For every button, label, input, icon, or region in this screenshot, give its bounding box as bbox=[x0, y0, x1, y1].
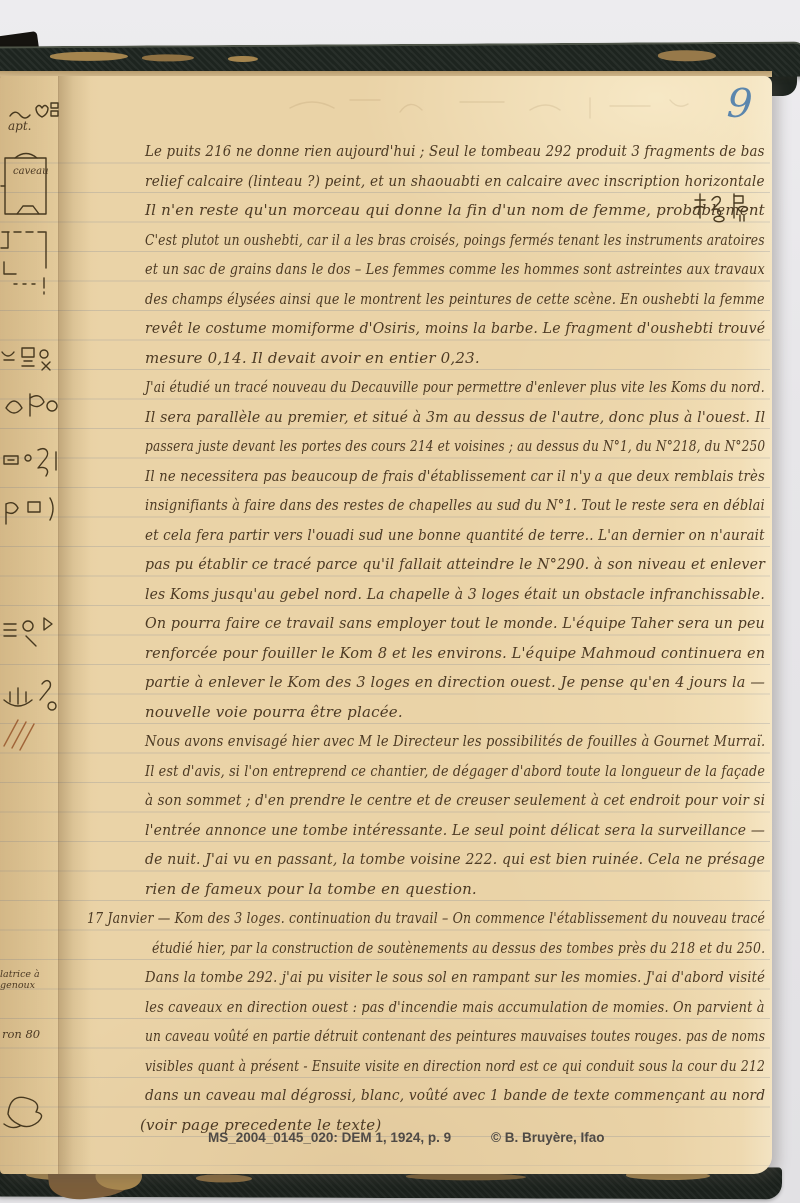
cover-wear-spot bbox=[196, 1174, 252, 1182]
hatching-marks bbox=[2, 716, 40, 752]
manuscript-line: rien de fameux pour la tombe en question… bbox=[145, 879, 477, 899]
hieroglyph-column-a bbox=[0, 346, 60, 426]
manuscript-line: C'est plutot un oushebti, car il a les b… bbox=[145, 230, 765, 250]
manuscript-line: les Koms jusqu'au gebel nord. La chapell… bbox=[145, 584, 765, 604]
cover-wear-spot bbox=[658, 50, 716, 61]
scanner-background: 9 apt. caveau bbox=[0, 0, 800, 1203]
manuscript-line: On pourra faire ce travail sans employer… bbox=[145, 613, 765, 633]
margin-note-kneeling-figure: latrice à genoux bbox=[0, 969, 60, 991]
hieroglyph-column-c bbox=[0, 614, 60, 724]
manuscript-line: des champs élysées ainsi que le montrent… bbox=[145, 289, 765, 309]
manuscript-line: Il est d'avis, si l'on entreprend ce cha… bbox=[145, 761, 765, 781]
manuscript-line: et cela fera partir vers l'ouadi sud une… bbox=[145, 525, 765, 545]
cover-wear-spot bbox=[406, 1173, 526, 1180]
small-object-sketch bbox=[0, 1080, 48, 1130]
manuscript-line: les caveaux en direction ouest : pas d'i… bbox=[145, 997, 765, 1017]
manuscript-line: étudié hier, par la construction de sout… bbox=[152, 938, 765, 958]
margin-note-measure: ron 80 bbox=[2, 1028, 40, 1040]
manuscript-line: 17 Janvier — Kom des 3 loges. continuati… bbox=[87, 908, 765, 928]
manuscript-line: et un sac de grains dans le dos – Les fe… bbox=[145, 259, 765, 279]
manuscript-line: nouvelle voie pourra être placée. bbox=[145, 702, 403, 722]
manuscript-line: l'entrée annonce une tombe intéressante.… bbox=[145, 820, 765, 840]
manuscript-line: J'ai étudié un tracé nouveau du Decauvil… bbox=[145, 377, 765, 397]
manuscript-line: visibles quant à présent - Ensuite visit… bbox=[145, 1056, 765, 1076]
cover-wear-spot bbox=[228, 56, 258, 62]
manuscript-line: renforcée pour fouiller le Kom 8 et les … bbox=[145, 643, 765, 663]
manuscript-line: Nous avons envisagé hier avec M le Direc… bbox=[145, 731, 765, 751]
manuscript-line: à son sommet ; d'en prendre le centre et… bbox=[145, 790, 765, 810]
manuscript-line: revêt le costume momiforme d'Osiris, moi… bbox=[145, 318, 765, 338]
cover-wear-spot bbox=[50, 52, 128, 61]
manuscript-line: Le puits 216 ne donne rien aujourd'hui ;… bbox=[145, 141, 765, 161]
folio-number: 9 bbox=[726, 83, 754, 124]
gutter-fold-shadow bbox=[59, 76, 91, 1174]
manuscript-line: Il n'en reste qu'un morceau qui donne la… bbox=[145, 200, 765, 220]
manuscript-line: passera juste devant les portes des cour… bbox=[145, 436, 765, 456]
manuscript-line: Dans la tombe 292. j'ai pu visiter le so… bbox=[145, 967, 765, 987]
caption-reference: MS_2004_0145_020: DEM 1, 1924, p. 9 bbox=[208, 1130, 451, 1146]
manuscript-line: partie à enlever le Kom des 3 loges en d… bbox=[145, 672, 765, 692]
manuscript-line: Il sera parallèle au premier, et situé à… bbox=[145, 407, 765, 427]
caption-copyright: © B. Bruyère, Ifao bbox=[491, 1130, 604, 1146]
manuscript-line: un caveau voûté en partie détruit conten… bbox=[145, 1026, 765, 1046]
hieroglyph-column-b bbox=[0, 446, 64, 530]
manuscript-line: dans un caveau mal dégrossi, blanc, voût… bbox=[145, 1085, 765, 1105]
manuscript-line: relief calcaire (linteau ?) peint, et un… bbox=[145, 171, 765, 191]
manuscript-line: mesure 0,14. Il devait avoir en entier 0… bbox=[145, 348, 480, 368]
manuscript-line: pas pu établir ce tracé parce qu'il fall… bbox=[145, 554, 765, 574]
margin-note-apt: apt. bbox=[8, 120, 31, 132]
caveau-plan-label: caveau bbox=[13, 166, 49, 178]
manuscript-line: de nuit. J'ai vu en passant, la tombe vo… bbox=[145, 849, 765, 869]
cover-wear-spot bbox=[142, 54, 194, 61]
ink-bleedthrough-marks bbox=[280, 82, 700, 134]
manuscript-line: insignifiants à faire dans des restes de… bbox=[145, 495, 765, 515]
manuscript-line: Il ne necessitera pas beaucoup de frais … bbox=[145, 466, 765, 486]
